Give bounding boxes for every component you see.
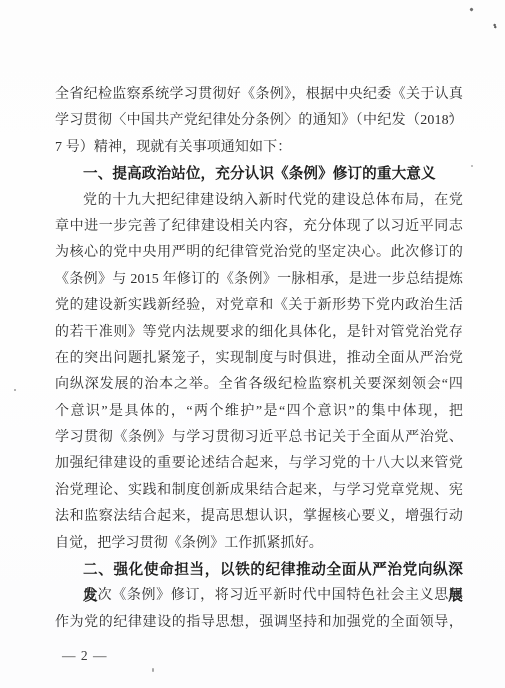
page-number: — 2 — xyxy=(62,648,108,664)
scanned-document-page: 全省纪检监察系统学习贯彻好《条例》，根据中央纪委《关于认真学习贯彻〈中国共产党纪… xyxy=(0,0,505,688)
text-line: 作为党的纪律建设的指导思想，强调坚持和加强党的全面领导， xyxy=(55,610,463,636)
scan-speck xyxy=(471,165,473,167)
text-line: 学习贯彻《条例》与学习贯彻习近平总书记关于全面从严治党、 xyxy=(55,425,463,451)
text-line: 个意识”是具体的，“两个维护”是“四个意识”的集中体现，把 xyxy=(55,399,463,425)
text-line: 此次《条例》修订，将习近平新时代中国特色社会主义思想 xyxy=(55,583,463,609)
text-line: 法和监察法结合起来，提高思想认识，掌握核心要义，增强行动 xyxy=(55,504,463,530)
text-line: 治党理论、实践和制度创新成果结合起来，与学习党章党规、宪 xyxy=(55,478,463,504)
text-line: 《条例》与 2015 年修订的《条例》一脉相承，是进一步总结提炼 xyxy=(55,267,463,293)
document-text-block: 全省纪检监察系统学习贯彻好《条例》，根据中央纪委《关于认真学习贯彻〈中国共产党纪… xyxy=(55,82,463,636)
scan-speck xyxy=(492,23,497,28)
section-heading: 二、强化使命担当，以铁的纪律推动全面从严治党向纵深发展 xyxy=(55,557,463,583)
text-line: 党的十九大把纪律建设纳入新时代党的建设总体布局，在党 xyxy=(55,188,463,214)
scan-speck xyxy=(14,389,16,391)
text-line: 向纵深发展的治本之举。全省各级纪检监察机关要深刻领会“四 xyxy=(55,372,463,398)
text-line: 的若干准则》等党内法规要求的细化具体化，是针对管党治党存 xyxy=(55,320,463,346)
text-line: 在的突出问题扎紧笼子，实现制度与时俱进，推动全面从严治党 xyxy=(55,346,463,372)
scan-speck xyxy=(152,668,154,672)
text-line: 自觉，把学习贯彻《条例》工作抓紧抓好。 xyxy=(55,531,463,557)
text-line: 学习贯彻〈中国共产党纪律处分条例〉的通知》（中纪发（2018） xyxy=(55,108,463,134)
text-line: 为核心的党中央用严明的纪律管党治党的坚定决心。此次修订的 xyxy=(55,240,463,266)
text-line: 党的建设新实践新经验，对党章和《关于新形势下党内政治生活 xyxy=(55,293,463,319)
text-line: 7 号）精神，现就有关事项通知如下： xyxy=(55,135,463,161)
scan-speck xyxy=(469,7,473,11)
text-line: 加强纪律建设的重要论述结合起来，与学习党的十八大以来管党 xyxy=(55,451,463,477)
section-heading: 一、提高政治站位，充分认识《条例》修订的重大意义 xyxy=(55,161,463,187)
text-line: 全省纪检监察系统学习贯彻好《条例》，根据中央纪委《关于认真 xyxy=(55,82,463,108)
text-line: 章中进一步完善了纪律建设相关内容，充分体现了以习近平同志 xyxy=(55,214,463,240)
